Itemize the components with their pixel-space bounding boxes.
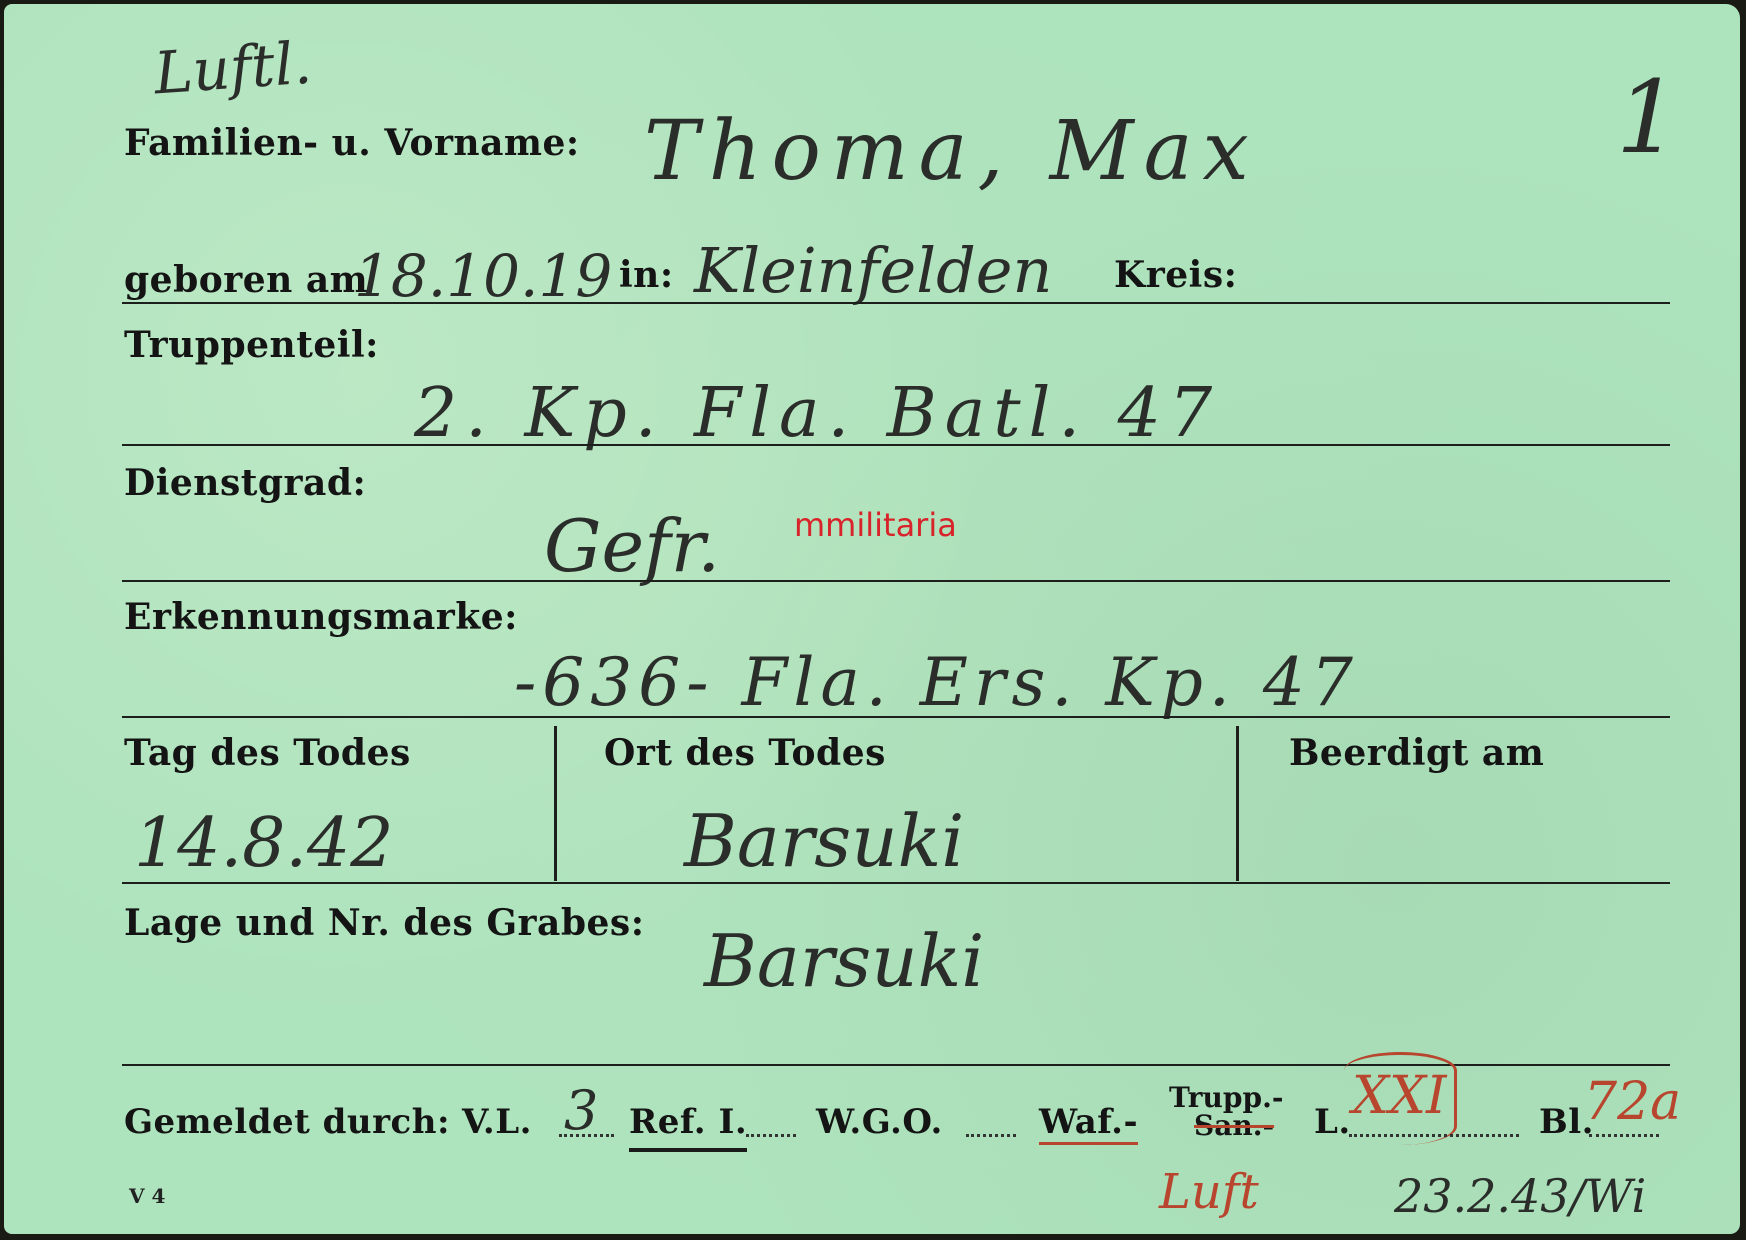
san-label: San.- — [1194, 1112, 1283, 1140]
rule-unit — [122, 444, 1670, 446]
waf-label-text: Waf.- — [1039, 1102, 1138, 1145]
birth-date-value: 18.10.19 — [354, 242, 612, 310]
birth-label: geboren am — [124, 259, 368, 301]
district-label: Kreis: — [1114, 254, 1237, 296]
wgo-label: W.G.O. — [816, 1102, 943, 1142]
divider-1 — [554, 726, 557, 881]
birth-place-value: Kleinfelden — [694, 234, 1052, 307]
death-date-value: 14.8.42 — [134, 804, 394, 883]
rule-id-tag — [122, 716, 1670, 718]
unit-value: 2. Kp. Fla. Batl. 47 — [414, 374, 1220, 453]
id-tag-label: Erkennungsmarke: — [124, 596, 518, 638]
death-place-value: Barsuki — [684, 799, 964, 883]
vl-value: 3 — [564, 1079, 598, 1142]
date-note: 23.2.43/Wi — [1394, 1169, 1646, 1223]
reported-by-label: Gemeldet durch: — [124, 1102, 450, 1142]
casualty-index-card: Luftl. 1 Familien- u. Vorname: Thoma, Ma… — [4, 4, 1740, 1234]
ref-value: I. — [718, 1102, 747, 1142]
grave-label: Lage und Nr. des Grabes: — [124, 902, 644, 944]
unit-label: Truppenteil: — [124, 324, 379, 366]
rank-label: Dienstgrad: — [124, 462, 366, 504]
death-place-label: Ort des Todes — [604, 732, 886, 774]
bl-value: 72a — [1584, 1072, 1681, 1132]
death-date-label: Tag des Todes — [124, 732, 411, 774]
ref-label: Ref. I. — [629, 1102, 747, 1152]
id-tag-value: -636- Fla. Ers. Kp. 47 — [514, 644, 1359, 721]
rule-birth — [122, 302, 1670, 304]
trupp-label: Trupp.- — [1169, 1084, 1283, 1112]
corner-number: 1 — [1616, 59, 1680, 176]
buried-label: Beerdigt am — [1289, 732, 1544, 774]
vl-dots — [559, 1134, 614, 1137]
name-value: Thoma, Max — [644, 104, 1259, 199]
rule-death — [122, 882, 1670, 884]
ref-dots — [746, 1134, 796, 1137]
trupp-san-stack: Trupp.- San.- — [1169, 1084, 1283, 1140]
ref-label-text: Ref. — [629, 1102, 706, 1142]
red-note: Luft — [1159, 1164, 1259, 1220]
vl-label: V.L. — [462, 1102, 532, 1142]
watermark: mmilitaria — [794, 506, 957, 544]
form-code: V 4 — [129, 1184, 165, 1208]
grave-value: Barsuki — [704, 919, 984, 1003]
l-value-bracket — [1344, 1052, 1457, 1145]
l-dots — [1349, 1134, 1519, 1137]
rule-rank — [122, 580, 1670, 582]
divider-2 — [1236, 726, 1239, 881]
birth-place-label: in: — [619, 254, 674, 296]
name-label: Familien- u. Vorname: — [124, 122, 580, 164]
wgo-dots — [966, 1134, 1016, 1137]
bl-dots — [1589, 1134, 1659, 1137]
top-note: Luftl. — [152, 29, 314, 108]
rank-value: Gefr. — [544, 504, 720, 588]
waf-label: Waf.- — [1039, 1102, 1138, 1142]
